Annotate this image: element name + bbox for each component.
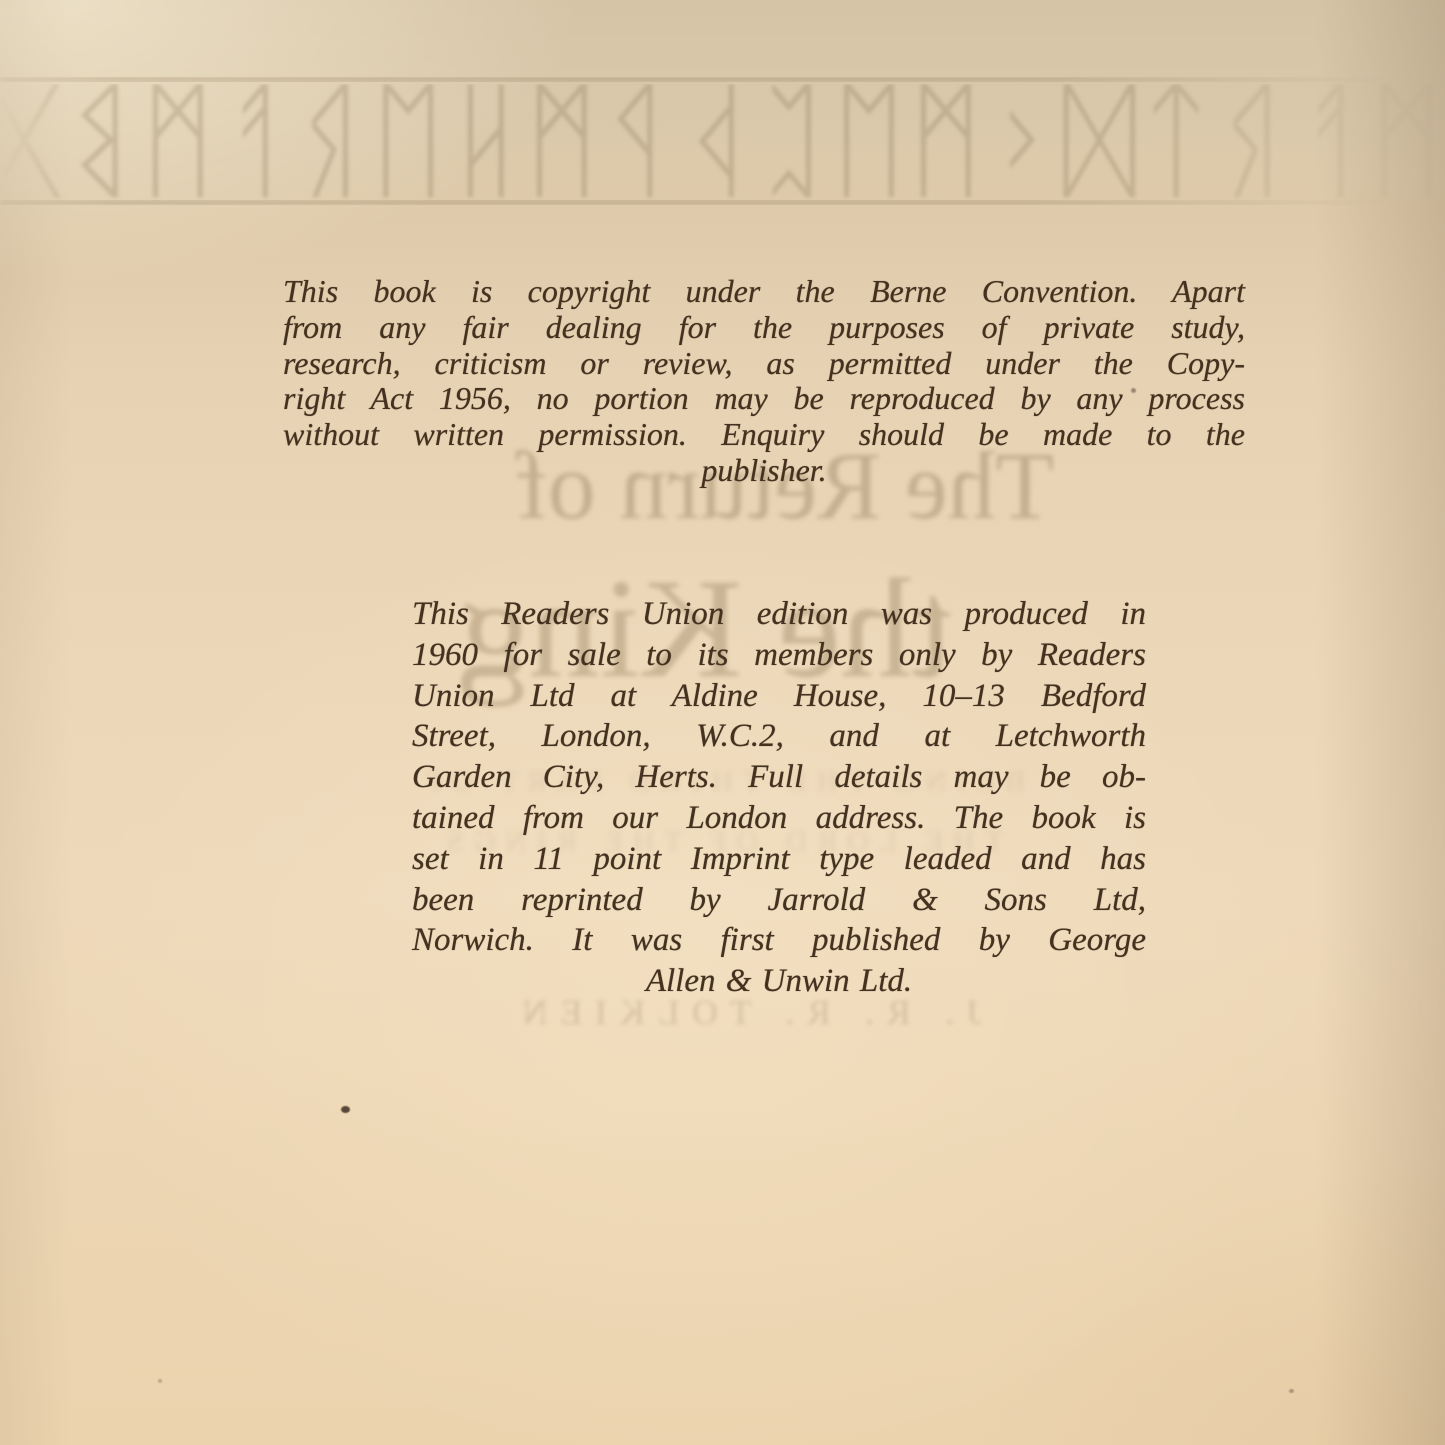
ink-speck [158, 1379, 162, 1383]
edition-notice: This Readers Union edition was produced … [412, 594, 1146, 1002]
edition-notice-line: tained from our London address. The book… [412, 798, 1146, 839]
edition-notice-line: been reprinted by Jarrold & Sons Ltd, [412, 880, 1146, 921]
copyright-notice-line: publisher. [283, 453, 1245, 489]
edition-notice-line: Street, London, W.C.2, and at Letchworth [412, 716, 1146, 757]
copyright-notice-line: without written permission. Enquiry shou… [283, 417, 1245, 453]
book-page-photo: ᛗᚨᚱᛏᛞᚲᛗᛖᛈᚦᚹᛗᚺᛖᚱᚨᛗᛒᚷᚾᛏᛈᚱᛗᛞᚲᛖᚹᚺᛗᚨᚱᛏᛞᚲᛗᛖᛈᚦᚹ… [0, 0, 1445, 1445]
edition-notice-line: Union Ltd at Aldine House, 10–13 Bedford [412, 676, 1146, 717]
copyright-notice-line: from any fair dealing for the purposes o… [283, 310, 1245, 346]
edition-notice-line: Norwich. It was first published by Georg… [412, 920, 1146, 961]
edition-notice-line: Garden City, Herts. Full details may be … [412, 757, 1146, 798]
showthrough-runic-border: ᛗᚨᚱᛏᛞᚲᛗᛖᛈᚦᚹᛗᚺᛖᚱᚨᛗᛒᚷᚾᛏᛈᚱᛗᛞᚲᛖᚹᚺᛗᚨᚱᛏᛞᚲᛗᛖᛈᚦᚹ… [0, 84, 1445, 202]
copyright-notice: This book is copyright under the Berne C… [283, 274, 1245, 489]
edition-notice-line: 1960 for sale to its members only by Rea… [412, 635, 1146, 676]
edition-notice-line: Allen & Unwin Ltd. [412, 961, 1146, 1002]
showthrough-border-top-rule [0, 77, 1445, 82]
edition-notice-line: set in 11 point Imprint type leaded and … [412, 839, 1146, 880]
showthrough-border-bottom-rule [0, 200, 1445, 205]
copyright-notice-line: right Act 1956, no portion may be reprod… [283, 381, 1245, 417]
ink-speck [341, 1106, 350, 1113]
copyright-notice-line: research, criticism or review, as permit… [283, 346, 1245, 382]
edition-notice-line: This Readers Union edition was produced … [412, 594, 1146, 635]
ink-speck [1289, 1389, 1294, 1393]
copyright-notice-line: This book is copyright under the Berne C… [283, 274, 1245, 310]
